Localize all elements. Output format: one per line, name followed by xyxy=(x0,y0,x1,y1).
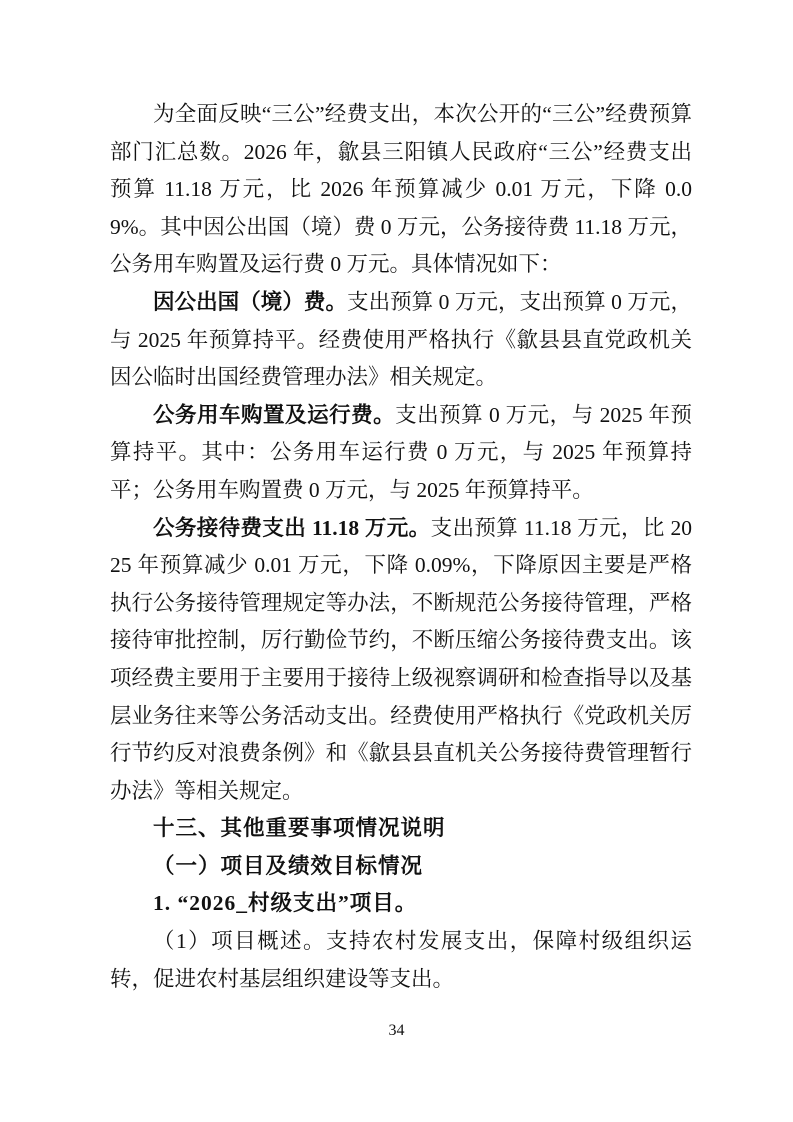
section-heading-other-important-matters: 十三、其他重要事项情况说明 xyxy=(110,810,692,848)
page-footer: 34 xyxy=(0,1022,793,1040)
paragraph-abroad-expense-lead: 因公出国（境）费。 xyxy=(153,290,347,314)
paragraph-vehicle-expense-lead: 公务用车购置及运行费。 xyxy=(153,403,395,427)
item-heading-village-expenditure-project: 1. “2026_村级支出”项目。 xyxy=(110,885,692,923)
paragraph-project-description: （1）项目概述。支持农村发展支出，保障村级组织运转，促进农村基层组织建设等支出。 xyxy=(110,923,692,998)
paragraph-reception-expense-lead: 公务接待费支出 11.18 万元。 xyxy=(153,516,431,540)
document-page: 为全面反映“三公”经费支出，本次公开的“三公”经费预算部门汇总数。2026 年，… xyxy=(0,0,793,1122)
document-body: 为全面反映“三公”经费支出，本次公开的“三公”经费预算部门汇总数。2026 年，… xyxy=(110,96,692,998)
paragraph-reception-expense-body: 支出预算 11.18 万元，比 2025 年预算减少 0.01 万元，下降 0.… xyxy=(110,516,692,803)
paragraph-vehicle-expense: 公务用车购置及运行费。支出预算 0 万元，与 2025 年预算持平。其中：公务用… xyxy=(110,397,692,510)
subsection-heading-project-performance: （一）项目及绩效目标情况 xyxy=(110,848,692,886)
paragraph-reception-expense: 公务接待费支出 11.18 万元。支出预算 11.18 万元，比 2025 年预… xyxy=(110,510,692,811)
paragraph-three-public-overview: 为全面反映“三公”经费支出，本次公开的“三公”经费预算部门汇总数。2026 年，… xyxy=(110,96,692,284)
paragraph-abroad-expense: 因公出国（境）费。支出预算 0 万元，支出预算 0 万元，与 2025 年预算持… xyxy=(110,284,692,397)
page-number: 34 xyxy=(389,1022,405,1039)
